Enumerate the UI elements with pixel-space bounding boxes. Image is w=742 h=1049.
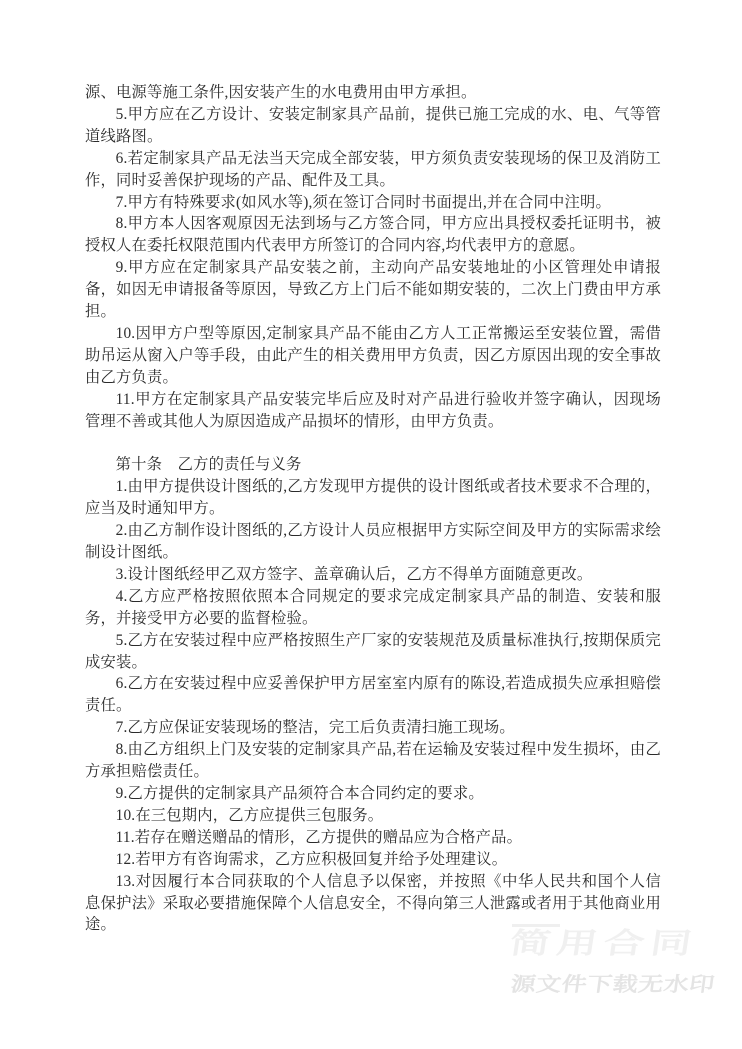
contract-clause: 9.乙方提供的定制家具产品须符合本合同约定的要求。 bbox=[85, 783, 661, 805]
contract-clause: 10.因甲方户型等原因,定制家具产品不能由乙方人工正常搬运至安装位置，需借助吊运… bbox=[85, 323, 661, 389]
contract-clause: 11.甲方在定制家具产品安装完毕后应及时对产品进行验收并签字确认，因现场管理不善… bbox=[85, 389, 661, 433]
contract-clause: 10.在三包期内，乙方应提供三包服务。 bbox=[85, 805, 661, 827]
contract-clause: 6.乙方在安装过程中应妥善保护甲方居室室内原有的陈设,若造成损失应承担赔偿责任。 bbox=[85, 673, 661, 717]
contract-clause: 7.甲方有特殊要求(如风水等),须在签订合同时书面提出,并在合同中注明。 bbox=[85, 192, 661, 214]
contract-clause: 5.甲方应在乙方设计、安装定制家具产品前，提供已施工完成的水、电、气等管道线路图… bbox=[85, 104, 661, 148]
contract-text-body: 源、电源等施工条件,因安装产生的水电费用由甲方承担。 5.甲方应在乙方设计、安装… bbox=[85, 82, 661, 936]
contract-clause: 12.若甲方有咨询需求，乙方应积极回复并给予处理建议。 bbox=[85, 849, 661, 871]
contract-clause: 3.设计图纸经甲乙双方签字、盖章确认后，乙方不得单方面随意更改。 bbox=[85, 564, 661, 586]
contract-clause: 8.甲方本人因客观原因无法到场与乙方签合同，甲方应出具授权委托证明书，被授权人在… bbox=[85, 213, 661, 257]
contract-clause: 13.对因履行本合同获取的个人信息予以保密，并按照《中华人民共和国个人信息保护法… bbox=[85, 871, 661, 937]
contract-clause: 4.乙方应严格按照依照本合同规定的要求完成定制家具产品的制造、安装和服务，并接受… bbox=[85, 586, 661, 630]
contract-clause: 11.若存在赠送赠品的情形，乙方提供的赠品应为合格产品。 bbox=[85, 827, 661, 849]
party-b-clause-list: 1.由甲方提供设计图纸的,乙方发现甲方提供的设计图纸或者技术要求不合理的，应当及… bbox=[85, 476, 661, 936]
contract-clause: 9.甲方应在定制家具产品安装之前，主动向产品安装地址的小区管理处申请报备，如因无… bbox=[85, 257, 661, 323]
contract-clause-continuation: 源、电源等施工条件,因安装产生的水电费用由甲方承担。 bbox=[85, 82, 661, 104]
contract-clause: 8.由乙方组织上门及安装的定制家具产品,若在运输及安装过程中发生损坏，由乙方承担… bbox=[85, 739, 661, 783]
contract-clause: 2.由乙方制作设计图纸的,乙方设计人员应根据甲方实际空间及甲方的实际需求绘制设计… bbox=[85, 520, 661, 564]
party-a-clause-list: 5.甲方应在乙方设计、安装定制家具产品前，提供已施工完成的水、电、气等管道线路图… bbox=[85, 104, 661, 433]
section-heading-article-10: 第十条 乙方的责任与义务 bbox=[85, 454, 661, 476]
contract-clause: 7.乙方应保证安装现场的整洁，完工后负责清扫施工现场。 bbox=[85, 717, 661, 739]
contract-clause: 6.若定制家具产品无法当天完成全部安装，甲方须负责安装现场的保卫及消防工作，同时… bbox=[85, 148, 661, 192]
watermark-tagline-text: 源文件下载无水印 bbox=[509, 975, 712, 995]
contract-clause: 5.乙方在安装过程中应严格按照生产厂家的安装规范及质量标准执行,按期保质完成安装… bbox=[85, 630, 661, 674]
contract-page: 源、电源等施工条件,因安装产生的水电费用由甲方承担。 5.甲方应在乙方设计、安装… bbox=[0, 0, 742, 1049]
contract-clause: 1.由甲方提供设计图纸的,乙方发现甲方提供的设计图纸或者技术要求不合理的，应当及… bbox=[85, 476, 661, 520]
